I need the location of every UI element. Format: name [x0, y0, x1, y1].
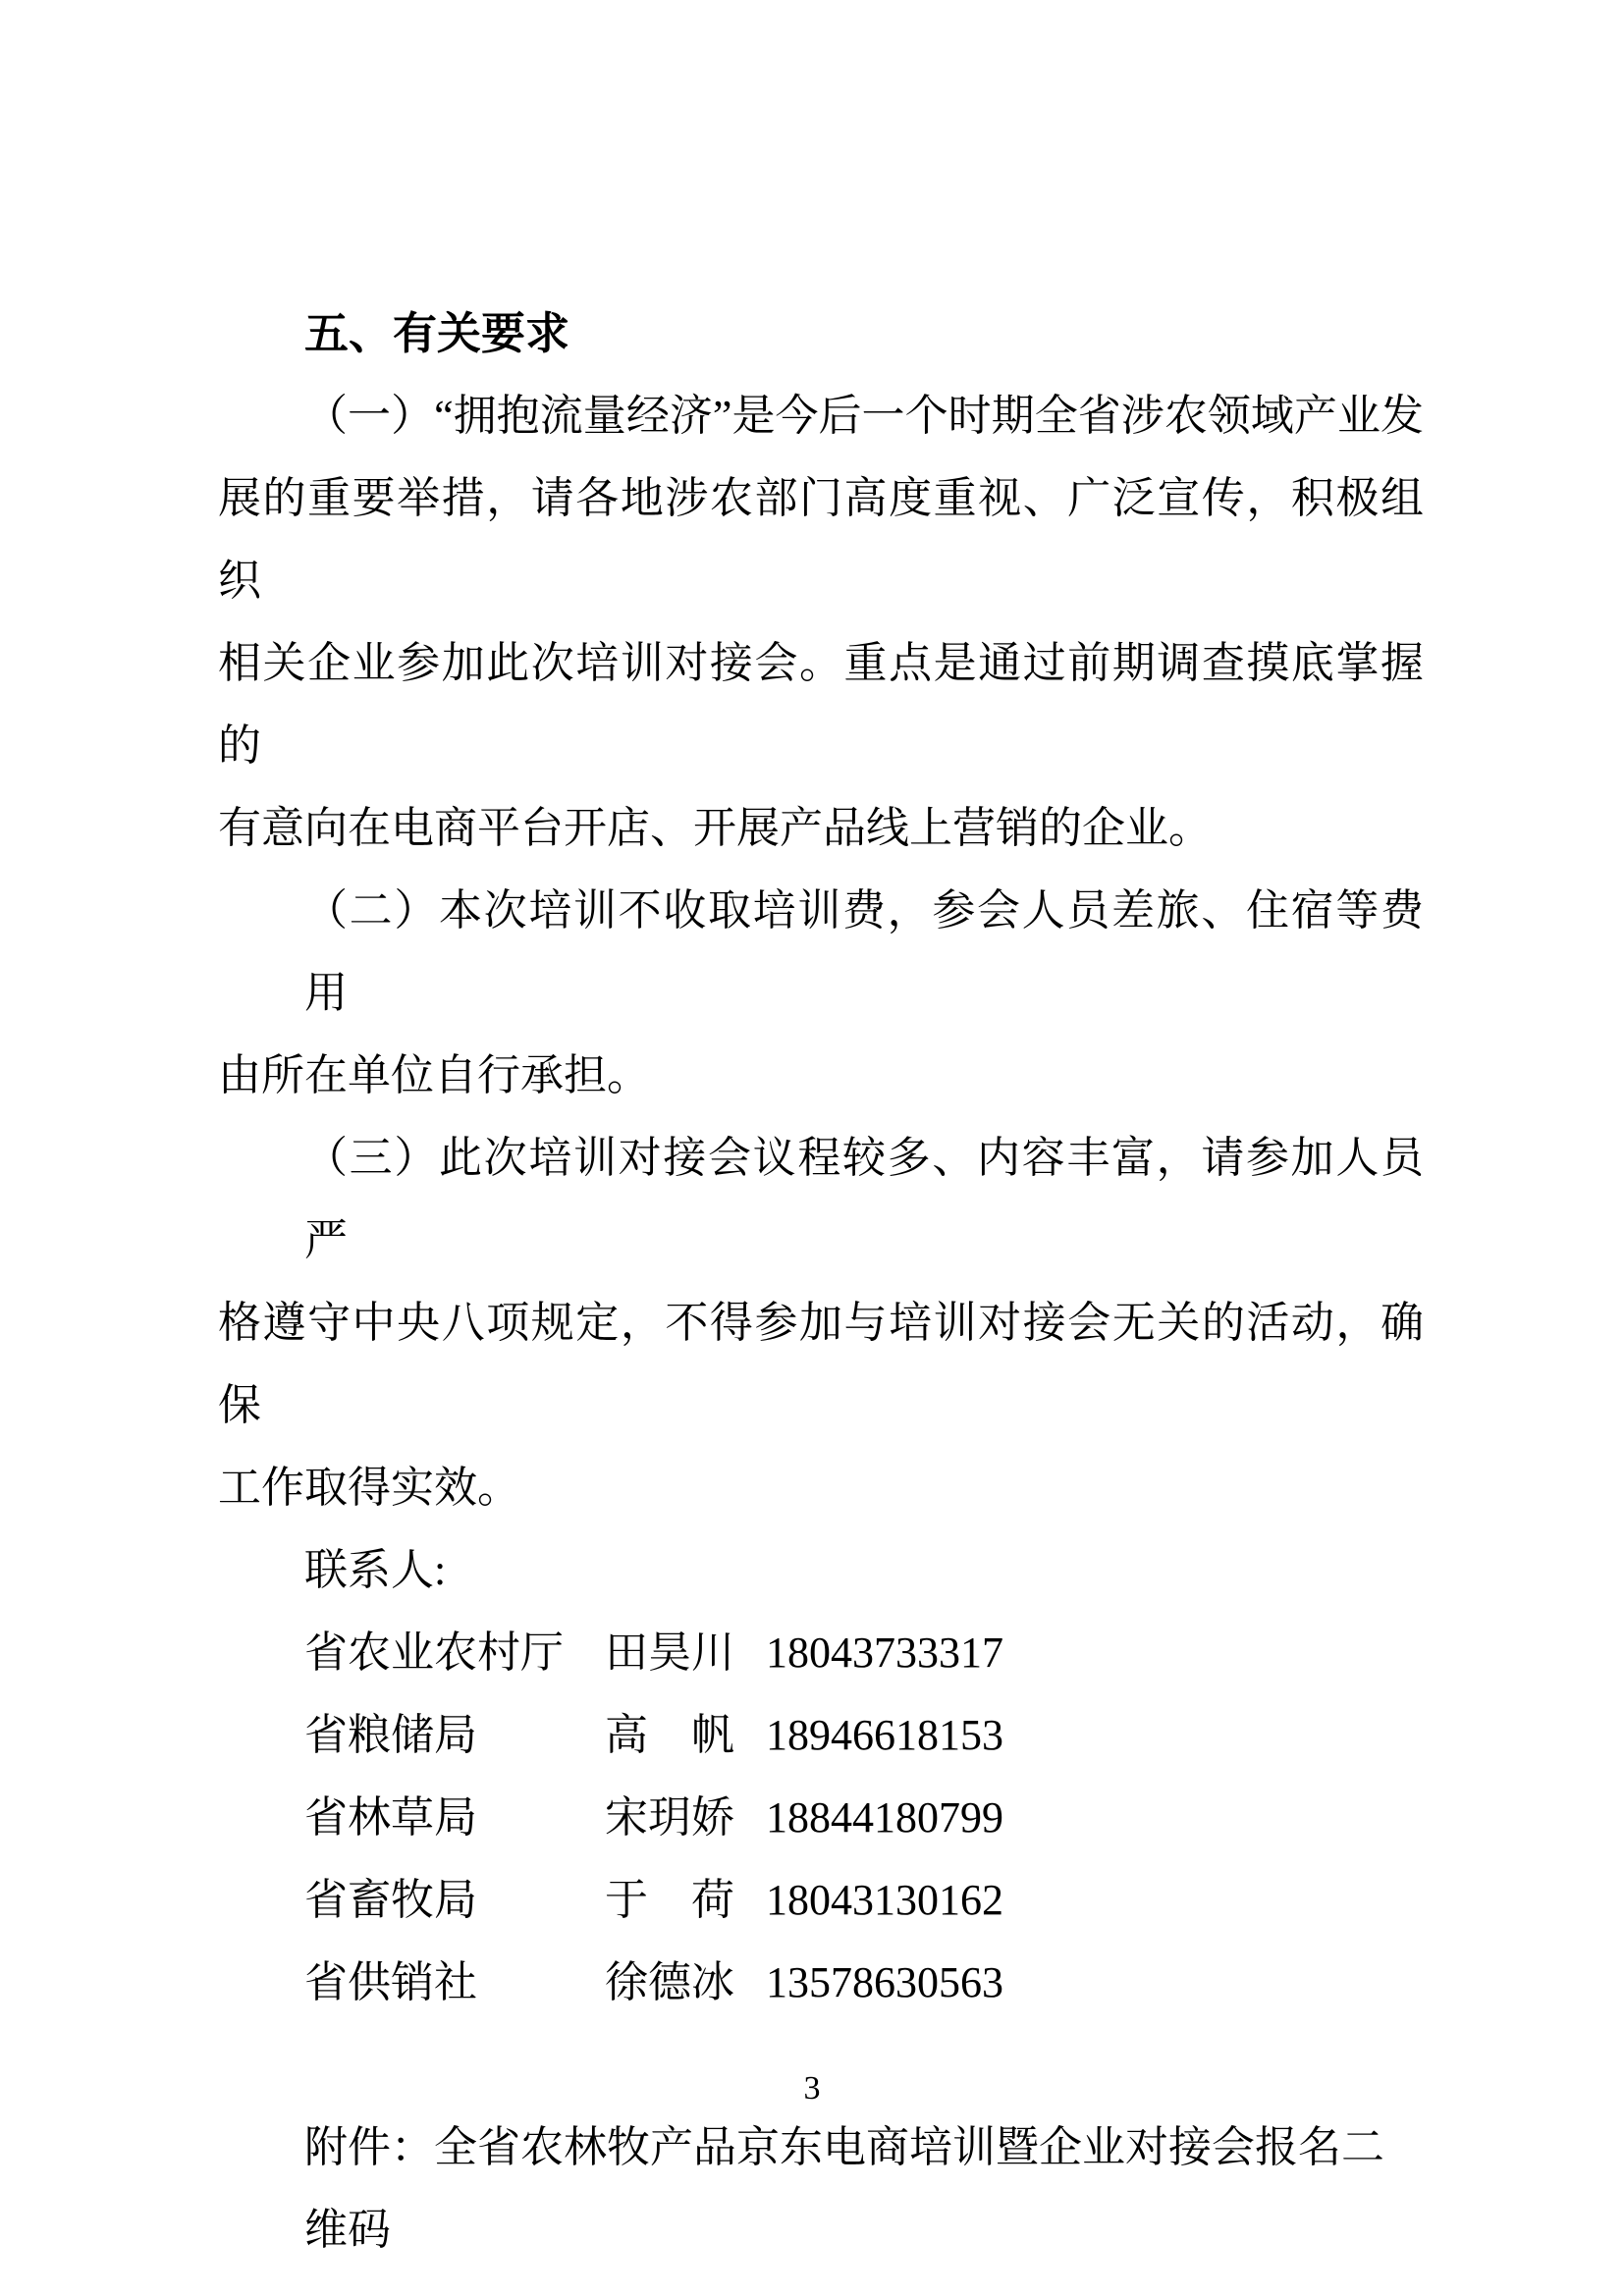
contact-dept: 省粮储局	[304, 1694, 605, 1777]
text-line: （三）此次培训对接会议程较多、内容丰富，请参加人员严	[218, 1117, 1424, 1282]
contact-dept: 省畜牧局	[304, 1859, 605, 1942]
text-line: 有意向在电商平台开店、开展产品线上营销的企业。	[218, 787, 1424, 870]
text-line: 格遵守中央八项规定，不得参加与培训对接会无关的活动，确保	[218, 1282, 1424, 1447]
contact-name: 高 帆	[605, 1694, 734, 1777]
contact-row: 省农业农村厅田昊川18043733317	[218, 1612, 1424, 1694]
page-number: 3	[0, 2067, 1624, 2110]
text-line: （一）“拥抱流量经济”是今后一个时期全省涉农领域产业发	[218, 375, 1424, 457]
text-line: （二）本次培训不收取培训费，参会人员差旅、住宿等费用	[218, 870, 1424, 1035]
contact-phone: 13578630563	[766, 1942, 1003, 2024]
contact-name: 于 荷	[605, 1859, 734, 1942]
document-page: 五、有关要求 （一）“拥抱流量经济”是今后一个时期全省涉农领域产业发 展的重要举…	[0, 0, 1624, 2296]
contact-phone: 18844180799	[766, 1777, 1003, 1859]
contact-row: 省畜牧局于 荷18043130162	[218, 1859, 1424, 1942]
contact-name: 宋玥娇	[605, 1777, 734, 1859]
document-content: 五、有关要求 （一）“拥抱流量经济”是今后一个时期全省涉农领域产业发 展的重要举…	[218, 293, 1424, 2271]
contact-phone: 18043733317	[766, 1612, 1003, 1694]
contact-row: 省供销社徐德冰13578630563	[218, 1942, 1424, 2024]
text-line: 相关企业参加此次培训对接会。重点是通过前期调查摸底掌握的	[218, 622, 1424, 787]
contact-dept: 省农业农村厅	[304, 1612, 605, 1694]
contact-dept: 省供销社	[304, 1942, 605, 2024]
contact-dept: 省林草局	[304, 1777, 605, 1859]
section-heading: 五、有关要求	[304, 293, 1424, 375]
attachment-line: 附件：全省农林牧产品京东电商培训暨企业对接会报名二维码	[218, 2107, 1424, 2271]
text-line: 展的重要举措，请各地涉农部门高度重视、广泛宣传，积极组织	[218, 457, 1424, 622]
paragraph-2: （二）本次培训不收取培训费，参会人员差旅、住宿等费用 由所在单位自行承担。	[218, 870, 1424, 1117]
contact-row: 省林草局宋玥娇18844180799	[218, 1777, 1424, 1859]
contact-name: 田昊川	[605, 1612, 734, 1694]
contacts-label: 联系人:	[218, 1529, 1424, 1612]
contact-row: 省粮储局高 帆18946618153	[218, 1694, 1424, 1777]
contact-phone: 18946618153	[766, 1694, 1003, 1777]
paragraph-3: （三）此次培训对接会议程较多、内容丰富，请参加人员严 格遵守中央八项规定，不得参…	[218, 1117, 1424, 1529]
text-line: 由所在单位自行承担。	[218, 1035, 1424, 1117]
contact-name: 徐德冰	[605, 1942, 734, 2024]
text-line: 工作取得实效。	[218, 1447, 1424, 1529]
paragraph-1: （一）“拥抱流量经济”是今后一个时期全省涉农领域产业发 展的重要举措，请各地涉农…	[218, 375, 1424, 870]
contact-phone: 18043130162	[766, 1859, 1003, 1942]
